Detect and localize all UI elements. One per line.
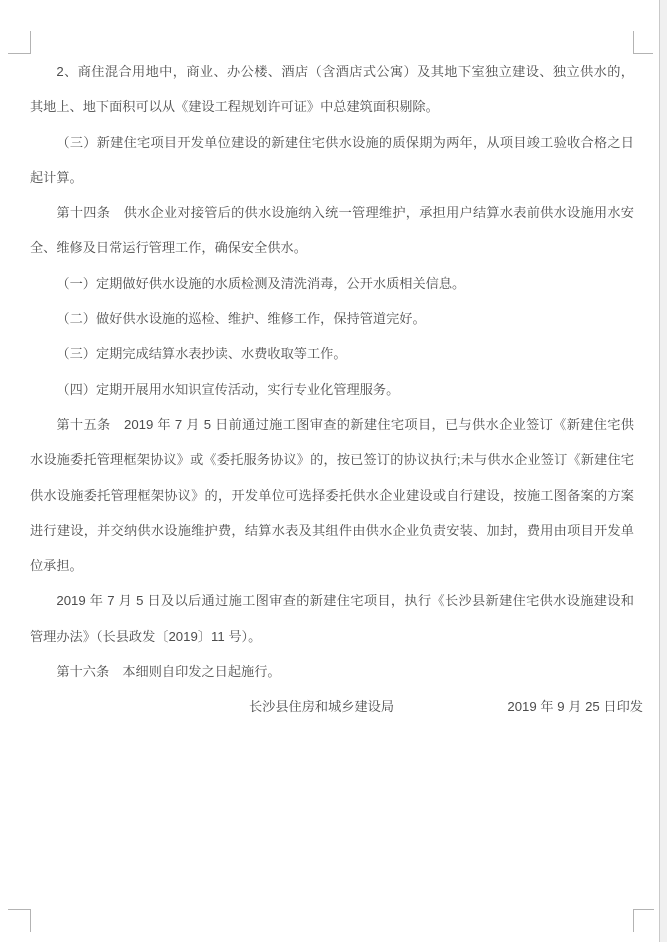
text-line: 2、商住混合用地中，商业、办公楼、酒店（含酒店式公寓）及其地下室独立建设、独立供… bbox=[30, 54, 634, 89]
text-line: 其地上、地下面积可以从《建设工程规划许可证》中总建筑面积剔除。 bbox=[30, 89, 634, 124]
text-line: 起计算。 bbox=[30, 160, 634, 195]
page-text-area: 2、商住混合用地中，商业、办公楼、酒店（含酒店式公寓）及其地下室独立建设、独立供… bbox=[30, 54, 634, 725]
crop-mark-bottom-right bbox=[633, 909, 654, 932]
text-line: 供水设施委托管理框架协议》的，开发单位可选择委托供水企业建设或自行建设，按施工图… bbox=[30, 478, 634, 513]
text-line: 水设施委托管理框架协议》或《委托服务协议》的，按已签订的协议执行;未与供水企业签… bbox=[30, 442, 634, 477]
text-line: 第十六条 本细则自印发之日起施行。 bbox=[30, 654, 634, 689]
text-line: 2019 年 7 月 5 日及以后通过施工图审查的新建住宅项目，执行《长沙县新建… bbox=[30, 583, 634, 618]
crop-mark-bottom-left bbox=[8, 909, 31, 932]
text-line: 管理办法》（长县政发〔2019〕11 号）。 bbox=[30, 619, 634, 654]
text-line: 位承担。 bbox=[30, 548, 634, 583]
text-line: 第十五条 2019 年 7 月 5 日前通过施工图审查的新建住宅项目，已与供水企… bbox=[30, 407, 634, 442]
text-line: （一）定期做好供水设施的水质检测及清洗消毒，公开水质相关信息。 bbox=[30, 266, 634, 301]
text-line: （四）定期开展用水知识宣传活动，实行专业化管理服务。 bbox=[30, 372, 634, 407]
text-line: （二）做好供水设施的巡检、维护、维修工作，保持管道完好。 bbox=[30, 301, 634, 336]
text-line: 全、维修及日常运行管理工作，确保安全供水。 bbox=[30, 230, 634, 265]
text-line: （三）新建住宅项目开发单位建设的新建住宅供水设施的质保期为两年，从项目竣工验收合… bbox=[30, 125, 634, 160]
text-line: （三）定期完成结算水表抄读、水费收取等工作。 bbox=[30, 336, 634, 371]
crop-mark-top-right bbox=[633, 31, 653, 54]
footer-print-date: 2019 年 9 月 25 日印发 bbox=[507, 689, 643, 724]
document-page: 2、商住混合用地中，商业、办公楼、酒店（含酒店式公寓）及其地下室独立建设、独立供… bbox=[0, 0, 660, 942]
document-viewport: { "page": { "kind": "word-print-layout-p… bbox=[0, 0, 667, 942]
text-line: 进行建设，并交纳供水设施维护费，结算水表及其组件由供水企业负责安装、加封，费用由… bbox=[30, 513, 634, 548]
crop-mark-top-left bbox=[8, 31, 31, 54]
text-line: 第十四条 供水企业对接管后的供水设施纳入统一管理维护，承担用户结算水表前供水设施… bbox=[30, 195, 634, 230]
signature-line: 长沙县住房和城乡建设局 2019 年 9 月 25 日印发 bbox=[30, 689, 634, 724]
footer-issuer: 长沙县住房和城乡建设局 bbox=[249, 689, 394, 724]
